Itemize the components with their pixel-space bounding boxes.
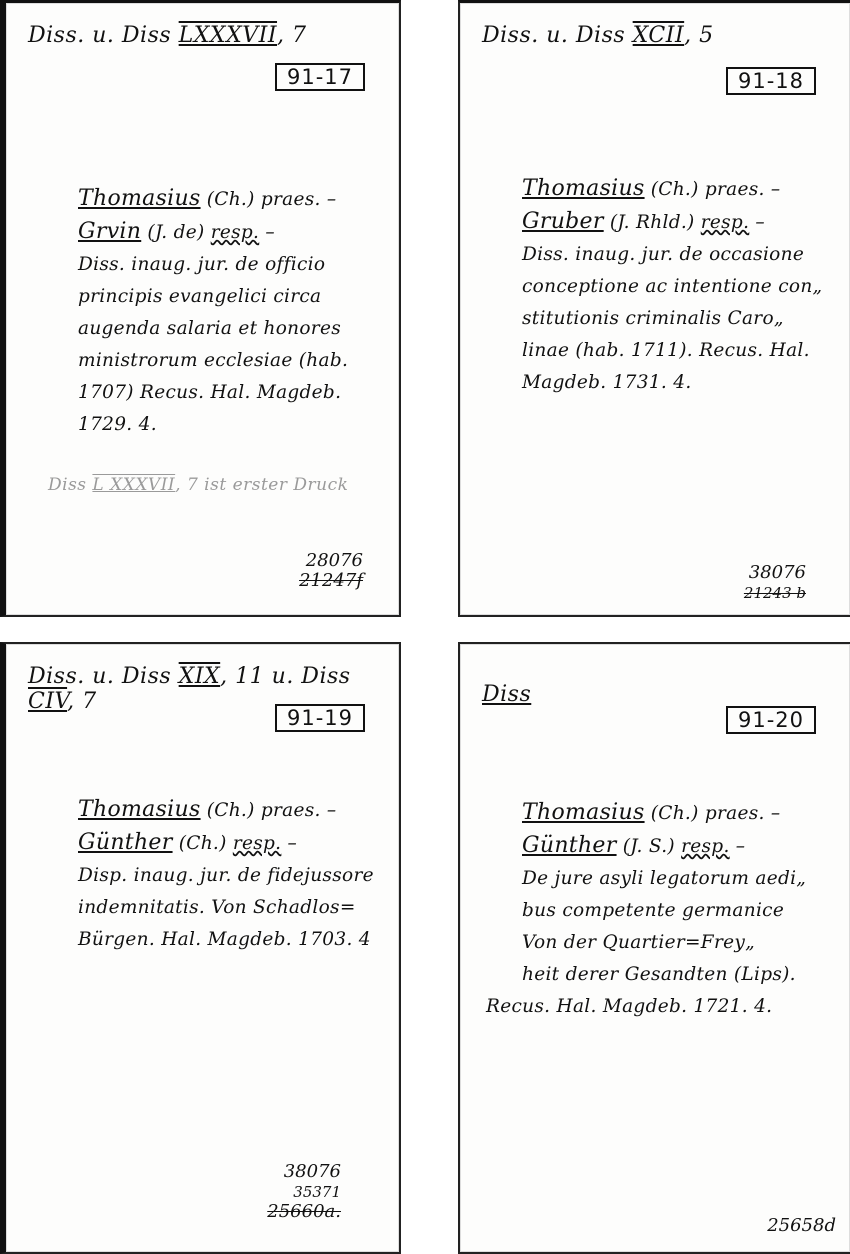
- praeses-line: Thomasius (Ch.) praes. –: [522, 173, 826, 206]
- title-line: heit derer Gesandten (Lips).: [522, 959, 826, 991]
- praeses-initials: (Ch.): [207, 189, 255, 210]
- shelfmark-number: , 7: [277, 23, 306, 48]
- praeses-initials: (Ch.): [651, 179, 699, 200]
- call-number-box: 91-19: [275, 704, 365, 732]
- praeses-name: Thomasius: [78, 797, 201, 822]
- catalog-card-91-17: Diss. u. Diss LXXXVII, 7 91-17 Thomasius…: [0, 0, 401, 617]
- praeses-role: praes. –: [261, 189, 337, 210]
- catalog-card-91-18: Diss. u. Diss XCII, 5 91-18 Thomasius (C…: [458, 0, 850, 617]
- praeses-role: praes. –: [705, 803, 781, 824]
- respondent-line: Gruber (J. Rhld.) resp. –: [522, 206, 826, 239]
- praeses-initials: (Ch.): [207, 800, 255, 821]
- praeses-name: Thomasius: [522, 800, 645, 825]
- title-line: principis evangelici circa: [78, 281, 375, 313]
- title-line: ministrorum ecclesiae (hab.: [78, 345, 375, 377]
- shelfmark-prefix: Diss. u. Diss: [482, 23, 625, 48]
- catalog-card-91-20: Diss 91-20 Thomasius (Ch.) praes. – Günt…: [458, 642, 850, 1254]
- praeses-role: praes. –: [705, 179, 781, 200]
- respondent-role: resp.: [701, 212, 750, 233]
- call-number-box: 91-18: [726, 67, 816, 95]
- shelfmark-volume: XCII: [633, 23, 685, 48]
- catalog-entry: Thomasius (Ch.) praes. – Günther (J. S.)…: [522, 797, 826, 1023]
- accession-struck: 21247f: [299, 571, 363, 591]
- title-line: Diss. inaug. jur. de officio: [78, 249, 375, 281]
- title-line: Magdeb. 1731. 4.: [522, 367, 826, 399]
- title-line: bus competente germanice: [522, 895, 826, 927]
- catalog-entry: Thomasius (Ch.) praes. – Grvin (J. de) r…: [78, 183, 375, 441]
- accession-current: 38076: [267, 1162, 341, 1182]
- catalog-entry: Thomasius (Ch.) praes. – Gruber (J. Rhld…: [522, 173, 826, 399]
- praeses-name: Thomasius: [522, 176, 645, 201]
- pencil-note: Diss L XXXVII, 7 ist erster Druck: [48, 475, 348, 495]
- title-line: Von der Quartier=Frey„: [522, 927, 826, 959]
- accession-current: 28076: [299, 551, 363, 571]
- title-line: indemnitatis. Von Schadlos=: [78, 892, 375, 924]
- dash: –: [259, 222, 275, 243]
- respondent-role: resp.: [681, 836, 730, 857]
- title-line: augenda salaria et honores: [78, 313, 375, 345]
- accession-struck: 25660a.: [267, 1202, 341, 1222]
- dash: –: [749, 212, 765, 233]
- respondent-line: Günther (Ch.) resp. –: [78, 827, 375, 860]
- respondent-initials: (Ch.): [179, 833, 227, 854]
- shelfmark-prefix: Diss. u. Diss: [28, 664, 171, 689]
- pencil-note-volume: L XXXVII: [92, 475, 175, 495]
- praeses-initials: (Ch.): [651, 803, 699, 824]
- respondent-role: resp.: [233, 833, 282, 854]
- respondent-name: Grvin: [78, 219, 141, 244]
- title-line: Disp. inaug. jur. de fidejussore: [78, 860, 375, 892]
- shelfmark-prefix: Diss: [482, 682, 531, 707]
- title-line: conceptione ac intentione con„: [522, 271, 826, 303]
- praeses-role: praes. –: [261, 800, 337, 821]
- respondent-name: Gruber: [522, 209, 604, 234]
- accession-numbers: 25658d: [767, 1216, 836, 1236]
- title-line: Diss. inaug. jur. de occasione: [522, 239, 826, 271]
- shelfmark-number: , 7: [67, 689, 96, 714]
- shelfmark-volume: LXXXVII: [179, 23, 277, 48]
- respondent-name: Günther: [78, 830, 173, 855]
- shelfmark: Diss. u. Diss LXXXVII, 7: [28, 23, 307, 48]
- praeses-name: Thomasius: [78, 186, 201, 211]
- imprint-line: Recus. Hal. Magdeb. 1721. 4.: [486, 991, 826, 1023]
- call-number-box: 91-20: [726, 706, 816, 734]
- shelfmark: Diss: [482, 682, 531, 707]
- shelfmark-volume-2: CIV: [28, 689, 67, 714]
- praeses-line: Thomasius (Ch.) praes. –: [78, 183, 375, 216]
- shelfmark: Diss. u. Diss XCII, 5: [482, 23, 714, 48]
- accession-numbers: 38076 35371 25660a.: [267, 1162, 341, 1222]
- praeses-line: Thomasius (Ch.) praes. –: [522, 797, 826, 830]
- praeses-line: Thomasius (Ch.) praes. –: [78, 794, 375, 827]
- respondent-initials: (J. Rhld.): [610, 212, 695, 233]
- pencil-note-text: , 7 ist erster Druck: [175, 475, 348, 495]
- accession-numbers: 28076 21247f: [299, 551, 363, 591]
- shelfmark-middle: , 11 u. Diss: [220, 664, 350, 689]
- title-line: Bürgen. Hal. Magdeb. 1703. 4: [78, 924, 375, 956]
- title-line: De jure asyli legatorum aedi„: [522, 863, 826, 895]
- respondent-role: resp.: [211, 222, 260, 243]
- accession-secondary: 35371: [267, 1182, 341, 1202]
- title-line: 1707) Recus. Hal. Magdeb.: [78, 377, 375, 409]
- respondent-name: Günther: [522, 833, 617, 858]
- dash: –: [281, 833, 297, 854]
- call-number-box: 91-17: [275, 63, 365, 91]
- shelfmark-prefix: Diss. u. Diss: [28, 23, 171, 48]
- title-line: 1729. 4.: [78, 409, 375, 441]
- pencil-note-prefix: Diss: [48, 475, 87, 495]
- title-line: linae (hab. 1711). Recus. Hal.: [522, 335, 826, 367]
- respondent-line: Günther (J. S.) resp. –: [522, 830, 826, 863]
- catalog-entry: Thomasius (Ch.) praes. – Günther (Ch.) r…: [78, 794, 375, 956]
- respondent-initials: (J. S.): [623, 836, 675, 857]
- respondent-initials: (J. de): [147, 222, 204, 243]
- accession-current: 25658d: [767, 1216, 836, 1236]
- accession-numbers: 38076 21243 b: [744, 563, 806, 603]
- accession-struck: 21243 b: [744, 583, 806, 603]
- shelfmark-volume: XIX: [179, 664, 221, 689]
- accession-current: 38076: [744, 563, 806, 583]
- shelfmark-number: , 5: [684, 23, 713, 48]
- title-line: stitutionis criminalis Caro„: [522, 303, 826, 335]
- catalog-card-91-19: Diss. u. Diss XIX, 11 u. Diss CIV, 7 91-…: [0, 642, 401, 1254]
- respondent-line: Grvin (J. de) resp. –: [78, 216, 375, 249]
- dash: –: [730, 836, 746, 857]
